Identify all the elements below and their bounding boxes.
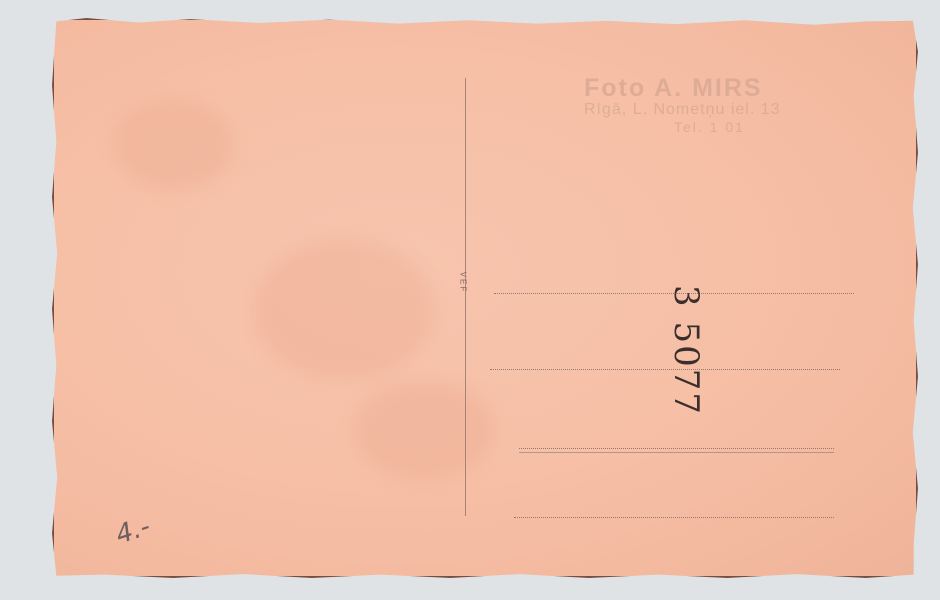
divider-label: VEF <box>458 272 467 294</box>
address-line <box>519 448 834 449</box>
paper-stain <box>114 100 234 190</box>
center-divider-line <box>465 78 466 516</box>
handwritten-price: 4.- <box>112 511 154 550</box>
paper-stain <box>354 380 494 480</box>
paper-stain <box>254 240 434 380</box>
publisher-imprint: Foto A. MIRS Rīgā, L. Nometņu iel. 13 Te… <box>584 74 781 135</box>
address-line-underscore <box>519 452 834 453</box>
imprint-studio-name: Foto A. MIRS <box>584 74 781 103</box>
imprint-phone: Tel. 1 01 <box>674 119 781 135</box>
address-line <box>514 517 834 518</box>
postcard-back: VEF Foto A. MIRS Rīgā, L. Nometņu iel. 1… <box>52 18 918 578</box>
stamped-number: 3 5077 <box>666 285 706 416</box>
imprint-address: Rīgā, L. Nometņu iel. 13 <box>584 101 781 119</box>
address-line <box>490 369 840 370</box>
